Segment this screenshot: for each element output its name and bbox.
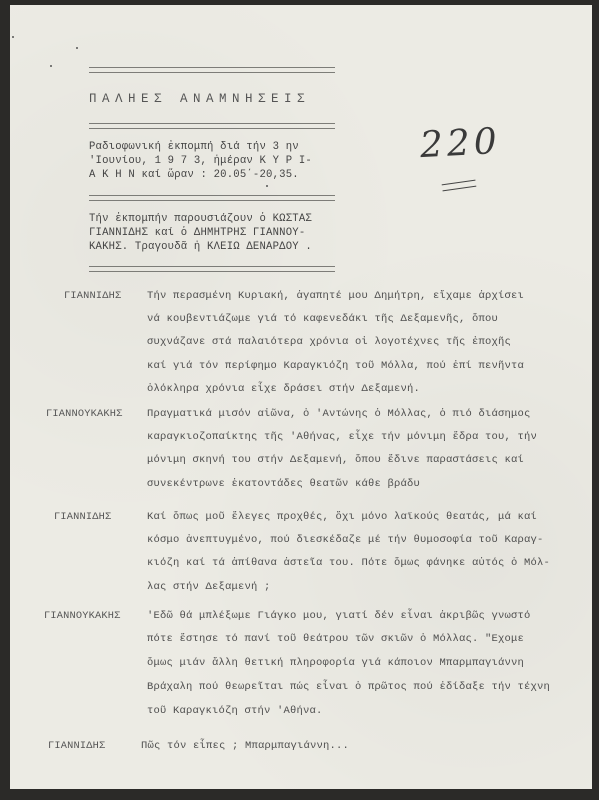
handwritten-page-number: 220 (419, 121, 502, 166)
presenters-line-2: ΓΙΑΝΝΙΔΗΣ καί ὁ ΔΗΜΗΤΡΗΣ ΓΙΑΝΝΟΥ- (89, 228, 305, 239)
broadcast-info-line-3: Α Κ Η Ν καί ὥραν : 20.05΄-20,35. (89, 170, 299, 181)
dialogue-line: 'Εδῶ θά μπλέξωμε Γιάγκο μου, γιατί δέν ε… (147, 610, 531, 622)
dialogue-line: πότε ἔστησε τό πανί τοῦ θεάτρου τῶν σκιῶ… (147, 633, 524, 645)
dialogue-line: Πῶς τόν εἶπες ; Μπαρμπαγιάννη... (141, 740, 349, 752)
dialogue-line: ὁλόκληρα χρόνια εἶχε δράσει στήν Δεξαμεν… (147, 383, 420, 395)
dialogue-line: κόσμο ἀνεπτυγμένο, πού διεσκέδαζε μέ τήν… (147, 534, 544, 546)
dialogue-line: τοῦ Καραγκιόζη στήν 'Αθήνα. (147, 705, 323, 717)
speaker-name: ΓΙΑΝΝΙΔΗΣ (54, 511, 111, 523)
dialogue-line: Καί ὅπως μοῦ ἔλεγες προχθές, ὄχι μόνο λα… (147, 511, 537, 523)
dialogue-line: Πραγματικά μισόν αἰῶνα, ὁ 'Αντώνης ὁ Μόλ… (147, 408, 531, 420)
paper-speck (76, 47, 78, 49)
dialogue-line: Τήν περασμένη Κυριακή, ἀγαπητέ μου Δημήτ… (147, 290, 524, 302)
dialogue-line: συνεκέντρωνε ἑκατοντάδες θεατῶν κάθε βρά… (147, 478, 420, 490)
paper-speck (12, 36, 14, 38)
presenters-line-3: ΚΑΚΗΣ. Τραγουδᾶ ἡ ΚΛΕΙΩ ΔΕΝΑΡΔΟΥ . (89, 242, 312, 253)
paper-speck (266, 185, 268, 187)
broadcast-info-line-1: Ραδιοφωνική ἐκπομπή διά τήν 3 ην (89, 142, 299, 153)
presenters-line-1: Τήν ἐκπομπήν παρουσιάζουν ὁ ΚΩΣΤΑΣ (89, 214, 312, 225)
broadcast-info-line-2: 'Ιουνίου, 1 9 7 3, ἡμέραν Κ Υ Ρ Ι- (89, 156, 312, 167)
speaker-name: ΓΙΑΝΝΟΥΚΑΚΗΣ (46, 408, 123, 420)
top-rule (89, 67, 335, 73)
presenters-bottom-rule (89, 266, 335, 272)
page-title: ΠΑΛΗΕΣ ΑΝΑΜΝΗΣΕΙΣ (89, 92, 310, 106)
speaker-name: ΓΙΑΝΝΟΥΚΑΚΗΣ (44, 610, 121, 622)
dialogue-line: λας στήν Δεξαμενή ; (147, 581, 271, 593)
dialogue-line: συχνάζανε στά παλαιότερα χρόνια οἱ λογοτ… (147, 336, 511, 348)
dialogue-line: κιόζη καί τά ἀπίθανα ἀστεῖα του. Πότε ὅμ… (147, 557, 550, 569)
paper-speck (50, 65, 52, 67)
dialogue-line: καραγκιοζοπαίκτης τῆς 'Αθήνας, εἶχε τήν … (147, 431, 537, 443)
speaker-name: ΓΙΑΝΝΙΔΗΣ (64, 290, 121, 302)
info-separator-rule (89, 195, 335, 201)
dialogue-line: ὅμως μιάν ἄλλη θετική πληροφορία γιά κάπ… (147, 657, 524, 669)
dialogue-line: μόνιμη σκηνή του στήν Δεξαμενή, ὅπου ἔδι… (147, 454, 524, 466)
speaker-name: ΓΙΑΝΝΙΔΗΣ (48, 740, 105, 752)
title-underline-rule (89, 123, 335, 129)
dialogue-line: καί γιά τόν περίφημο Καραγκιόζη τοῦ Μόλλ… (147, 360, 524, 372)
handwritten-double-underline (442, 180, 477, 192)
typewritten-page: ΠΑΛΗΕΣ ΑΝΑΜΝΗΣΕΙΣ Ραδιοφωνική ἐκπομπή δι… (10, 5, 592, 789)
dialogue-line: Βράχαλη πού θεωρεῖται πώς εἶναι ὁ πρῶτος… (147, 681, 550, 693)
dialogue-line: νά κουβεντιάζωμε γιά τό καφενεδάκι τῆς Δ… (147, 313, 498, 325)
